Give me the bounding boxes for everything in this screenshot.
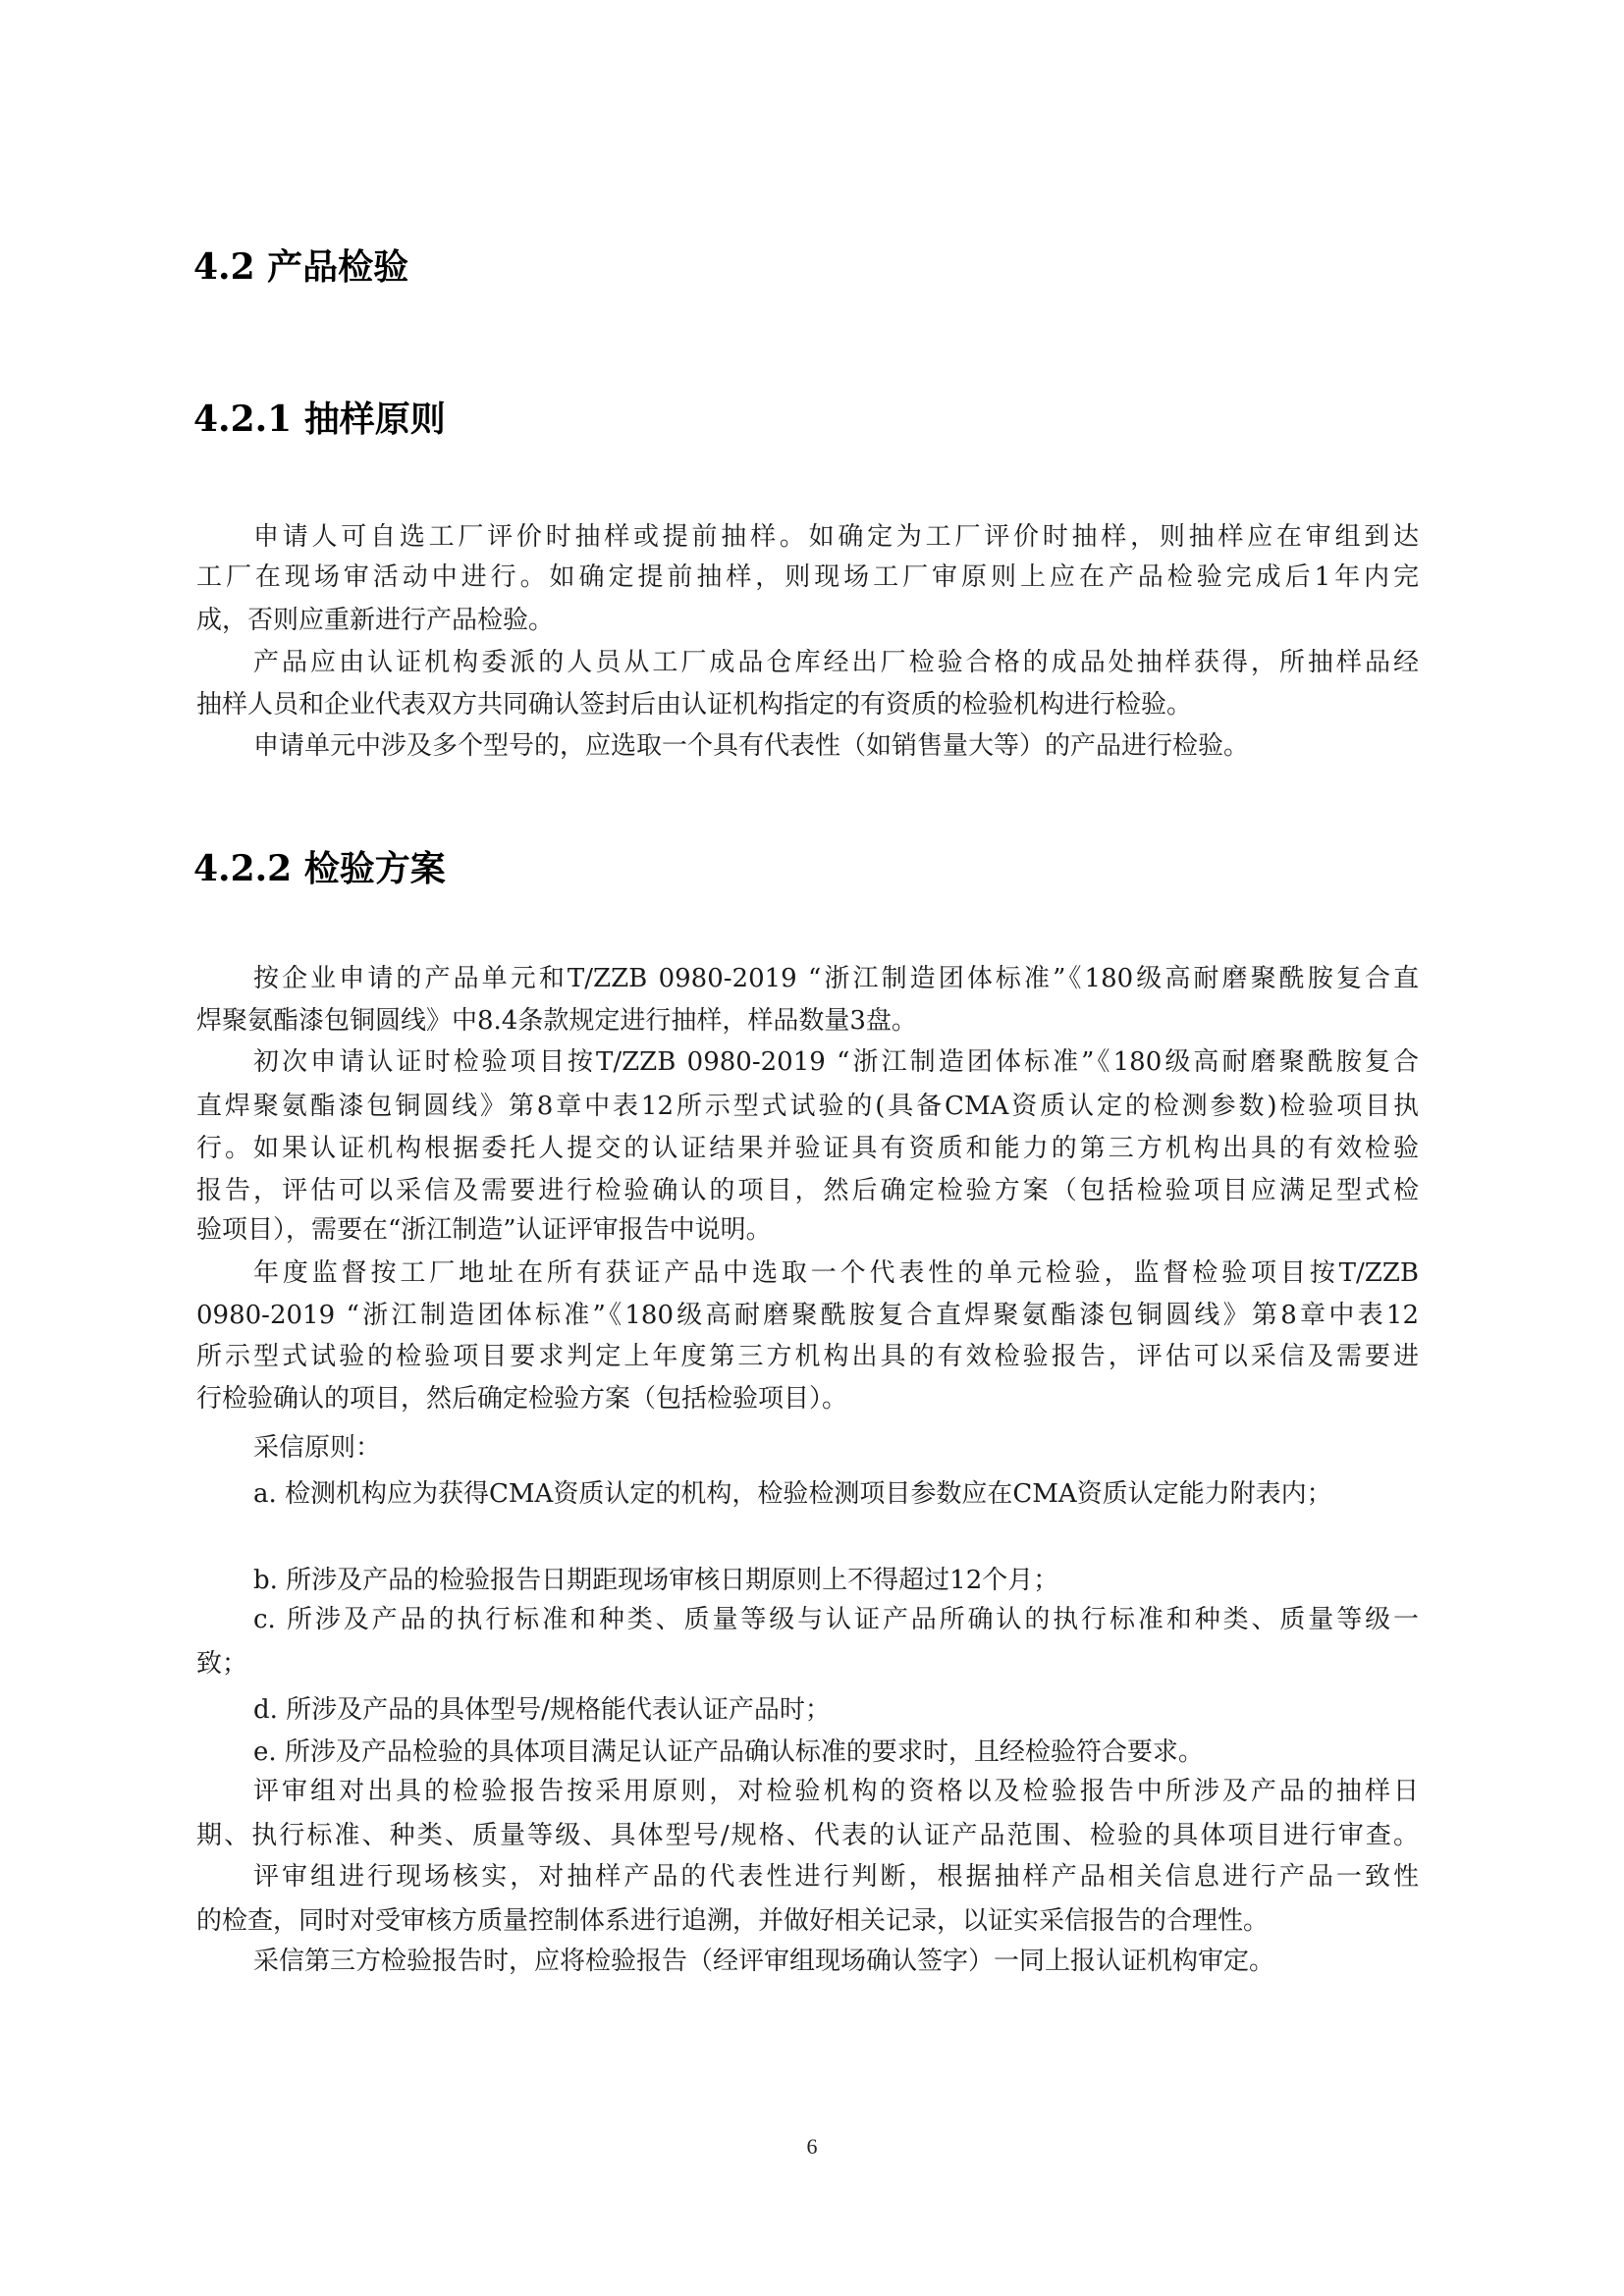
principle-item-b: b. 所涉及产品的检验报告日期距现场审核日期原则上不得超过12个月； xyxy=(253,1561,1419,1600)
paragraph-line: 申请人可自选工厂评价时抽样或提前抽样。如确定为工厂评价时抽样，则抽样应在审组到达 xyxy=(253,517,1419,557)
principle-item-d: d. 所涉及产品的具体型号/规格能代表认证产品时； xyxy=(253,1690,1419,1730)
principle-item-a: a. 检测机构应为获得CMA资质认定的机构，检验检测项目参数应在CMA资质认定能… xyxy=(253,1474,1419,1514)
paragraph-line: 行。如果认证机构根据委托人提交的认证结果并验证具有资质和能力的第三方机构出具的有… xyxy=(196,1129,1419,1168)
adoption-principles-label: 采信原则： xyxy=(253,1428,1419,1468)
paragraph-line: 直焊聚氨酯漆包铜圆线》第8章中表12所示型式试验的(具备CMA资质认定的检测参数… xyxy=(196,1087,1419,1126)
paragraph-line: 年度监督按工厂地址在所有获证产品中选取一个代表性的单元检验，监督检验项目按T/Z… xyxy=(253,1254,1419,1293)
paragraph-line: 行检验确认的项目，然后确定检验方案（包括检验项目）。 xyxy=(196,1379,1419,1418)
paragraph-line: 抽样人员和企业代表双方共同确认签封后由认证机构指定的有资质的检验机构进行检验。 xyxy=(196,685,1419,724)
paragraph-line: 产品应由认证机构委派的人员从工厂成品仓库经出厂检验合格的成品处抽样获得，所抽样品… xyxy=(253,643,1419,682)
principle-item-c-cont: 致； xyxy=(196,1644,1419,1683)
heading-4-2-2: 4.2.2 检验方案 xyxy=(193,847,446,890)
page-number: 6 xyxy=(797,2132,827,2162)
paragraph-line: 成，否则应重新进行产品检验。 xyxy=(196,601,1419,640)
paragraph-line: 按企业申请的产品单元和T/ZZB 0980-2019 “浙江制造团体标准”《18… xyxy=(253,959,1419,998)
paragraph-line: 初次申请认证时检验项目按T/ZZB 0980-2019 “浙江制造团体标准”《1… xyxy=(253,1042,1419,1082)
principle-item-c: c. 所涉及产品的执行标准和种类、质量等级与认证产品所确认的执行标准和种类、质量… xyxy=(253,1600,1419,1639)
paragraph-line: 所示型式试验的检验项目要求判定上年度第三方机构出具的有效检验报告，评估可以采信及… xyxy=(196,1337,1419,1376)
paragraph-line: 采信第三方检验报告时，应将检验报告（经评审组现场确认签字）一同上报认证机构审定。 xyxy=(253,1942,1419,1981)
document-page: 4.2 产品检验 4.2.1 抽样原则 申请人可自选工厂评价时抽样或提前抽样。如… xyxy=(0,0,1624,2296)
paragraph-line: 焊聚氨酯漆包铜圆线》中8.4条款规定进行抽样，样品数量3盘。 xyxy=(196,1001,1419,1041)
paragraph-line: 期、执行标准、种类、质量等级、具体型号/规格、代表的认证产品范围、检验的具体项目… xyxy=(196,1816,1419,1855)
paragraph-line: 评审组对出具的检验报告按采用原则，对检验机构的资格以及检验报告中所涉及产品的抽样… xyxy=(253,1772,1419,1811)
paragraph-line: 0980-2019 “浙江制造团体标准”《180级高耐磨聚酰胺复合直焊聚氨酯漆包… xyxy=(196,1296,1419,1335)
paragraph-line: 报告，评估可以采信及需要进行检验确认的项目，然后确定检验方案（包括检验项目应满足… xyxy=(196,1171,1419,1210)
paragraph-line: 的检查，同时对受审核方质量控制体系进行追溯，并做好相关记录，以证实采信报告的合理… xyxy=(196,1901,1419,1941)
heading-4-2: 4.2 产品检验 xyxy=(193,245,408,289)
paragraph-line: 评审组进行现场核实，对抽样产品的代表性进行判断，根据抽样产品相关信息进行产品一致… xyxy=(253,1857,1419,1896)
principle-item-e: e. 所涉及产品检验的具体项目满足认证产品确认标准的要求时，且经检验符合要求。 xyxy=(253,1733,1419,1772)
paragraph-line: 工厂在现场审活动中进行。如确定提前抽样，则现场工厂审原则上应在产品检验完成后1年… xyxy=(196,558,1419,597)
heading-4-2-1: 4.2.1 抽样原则 xyxy=(193,398,446,441)
paragraph-line: 验项目），需要在“浙江制造”认证评审报告中说明。 xyxy=(196,1210,1419,1250)
paragraph-line: 申请单元中涉及多个型号的，应选取一个具有代表性（如销售量大等）的产品进行检验。 xyxy=(253,726,1419,766)
